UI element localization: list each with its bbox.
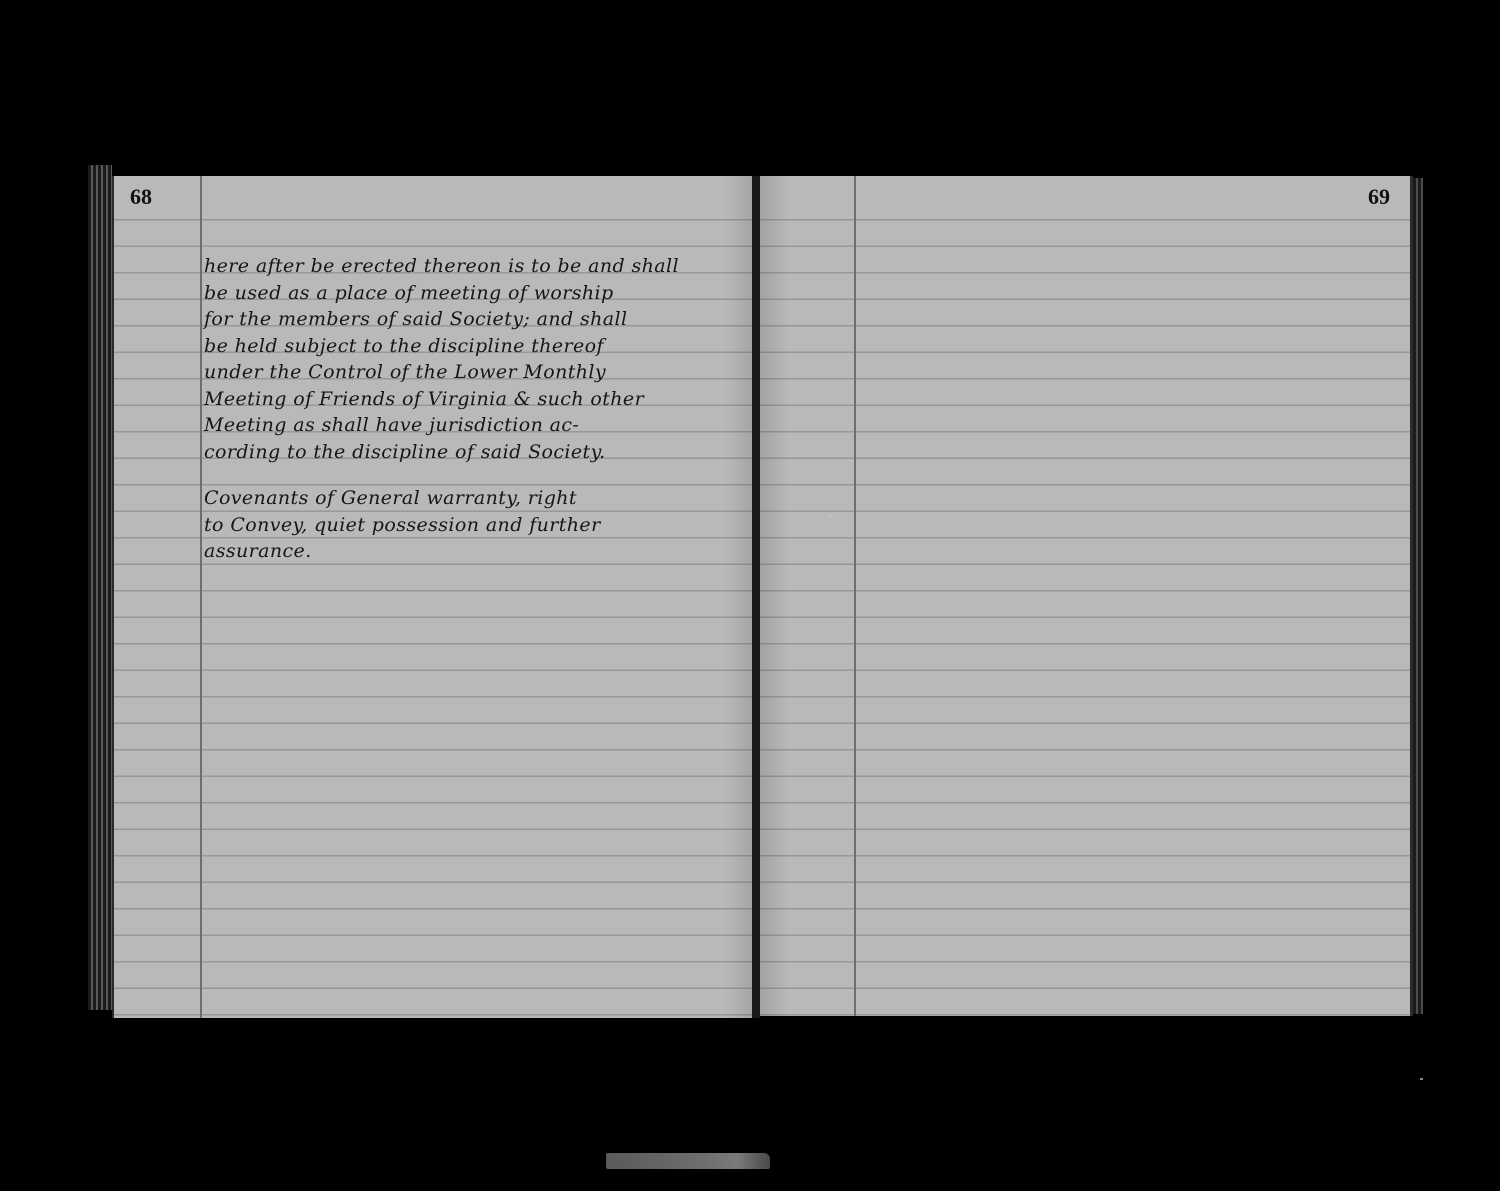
paragraph-gap: [204, 465, 749, 485]
covenant-line: to Convey, quiet possession and further: [204, 512, 749, 539]
covenant-line: Covenants of General warranty, right: [204, 485, 749, 512]
text-line: be used as a place of meeting of worship: [204, 280, 749, 307]
covenant-line: assurance.: [204, 538, 749, 565]
text-line: Meeting as shall have jurisdiction ac-: [204, 412, 749, 439]
text-line: for the members of said Society; and sha…: [204, 306, 749, 333]
book-spine: [752, 176, 760, 1018]
right-page: 69: [760, 176, 1413, 1016]
left-margin-rule: [200, 176, 202, 1018]
page-number-left: 68: [130, 184, 152, 210]
text-line: be held subject to the discipline thereo…: [204, 333, 749, 360]
left-page: 68 here after be erected thereon is to b…: [112, 176, 754, 1018]
right-page-edges: [1413, 178, 1423, 1014]
text-line: Meeting of Friends of Virginia & such ot…: [204, 386, 749, 413]
faint-stamp-mark: ∷: [828, 515, 842, 523]
left-page-edges: [88, 165, 112, 1010]
microfilm-tab: [606, 1153, 770, 1169]
text-line: under the Control of the Lower Monthly: [204, 359, 749, 386]
gutter-shadow: [760, 176, 790, 1016]
text-line: here after be erected thereon is to be a…: [204, 253, 749, 280]
film-speck: [1420, 1078, 1423, 1080]
handwritten-entry: here after be erected thereon is to be a…: [204, 253, 749, 565]
text-line: cording to the discipline of said Societ…: [204, 439, 749, 466]
page-number-right: 69: [1368, 184, 1390, 210]
right-margin-rule: [854, 176, 856, 1016]
